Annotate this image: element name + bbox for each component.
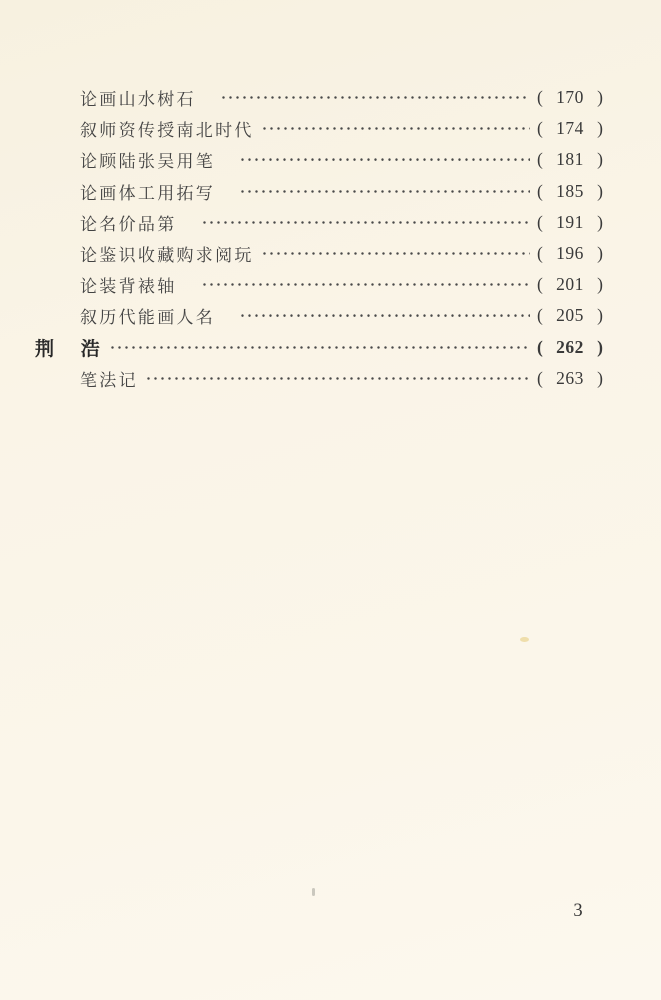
toc-entry-title: 论画体工用拓写 — [80, 179, 215, 204]
toc-entry-page: (170) — [537, 87, 603, 108]
toc-entry-page: (174) — [537, 118, 603, 139]
page-number-value: 205 — [556, 305, 584, 326]
scanned-book-page: { "page": { "folio": "3", "background_co… — [0, 0, 661, 1000]
open-paren: ( — [537, 87, 543, 108]
page-number-value: 263 — [556, 368, 584, 389]
scan-artifact — [312, 888, 315, 896]
open-paren: ( — [537, 274, 543, 295]
page-number: 3 — [566, 901, 590, 922]
toc-list: 论画山水树石 (170) 叙师资传授南北时代 (174) 论顾陆张吴用笔 (18… — [35, 82, 603, 394]
open-paren: ( — [537, 181, 543, 202]
dot-leader — [201, 269, 531, 300]
toc-entry-page: (181) — [537, 149, 603, 170]
open-paren: ( — [537, 149, 543, 170]
toc-entry-page: (191) — [537, 212, 603, 233]
close-paren: ) — [597, 305, 603, 326]
open-paren: ( — [537, 212, 543, 233]
scan-artifact — [520, 637, 529, 642]
toc-entry-title: 论顾陆张吴用笔 — [80, 147, 215, 172]
toc-entry-title: 论装背裱轴 — [80, 272, 177, 297]
toc-entry-title: 荆 浩 — [35, 334, 102, 361]
toc-entry: 笔法记 (263) — [35, 363, 603, 394]
toc-entry-page: (185) — [537, 181, 603, 202]
toc-entry: 论装背裱轴 (201) — [35, 269, 603, 300]
toc-entry-page: (201) — [537, 274, 603, 295]
open-paren: ( — [537, 305, 543, 326]
page-number-value: 262 — [556, 337, 584, 358]
close-paren: ) — [597, 337, 603, 358]
toc-entry-page: (262) — [537, 337, 603, 358]
dot-leader — [145, 363, 530, 394]
toc-entry-page: (205) — [537, 305, 603, 326]
dot-leader — [109, 332, 530, 363]
toc-entry-title: 笔法记 — [80, 366, 138, 391]
toc-entry-title: 论名价品第 — [80, 210, 177, 235]
close-paren: ) — [597, 87, 603, 108]
page-number-value: 174 — [556, 118, 584, 139]
dot-leader — [239, 300, 530, 331]
dot-leader — [239, 176, 530, 207]
dot-leader — [201, 207, 531, 238]
toc-page: 论画山水树石 (170) 叙师资传授南北时代 (174) 论顾陆张吴用笔 (18… — [0, 0, 661, 1000]
toc-entry: 论名价品第 (191) — [35, 207, 603, 238]
toc-entry: 叙历代能画人名 (205) — [35, 300, 603, 331]
close-paren: ) — [597, 243, 603, 264]
page-number-value: 196 — [556, 243, 584, 264]
close-paren: ) — [597, 368, 603, 389]
toc-entry: 论顾陆张吴用笔 (181) — [35, 144, 603, 175]
toc-entry: 论画体工用拓写 (185) — [35, 176, 603, 207]
open-paren: ( — [537, 337, 543, 358]
open-paren: ( — [537, 368, 543, 389]
page-number-value: 170 — [556, 87, 584, 108]
page-number-value: 201 — [556, 274, 584, 295]
toc-entry-title: 论鉴识收藏购求阅玩 — [80, 241, 254, 266]
toc-entry: 论鉴识收藏购求阅玩 (196) — [35, 238, 603, 269]
dot-leader — [261, 238, 530, 269]
page-number-value: 191 — [556, 212, 584, 233]
close-paren: ) — [597, 149, 603, 170]
close-paren: ) — [597, 118, 603, 139]
page-number-value: 185 — [556, 181, 584, 202]
open-paren: ( — [537, 243, 543, 264]
toc-entry: 叙师资传授南北时代 (174) — [35, 113, 603, 144]
open-paren: ( — [537, 118, 543, 139]
close-paren: ) — [597, 274, 603, 295]
toc-entry-title: 叙师资传授南北时代 — [80, 116, 254, 141]
dot-leader — [261, 113, 530, 144]
toc-entry-page: (263) — [537, 368, 603, 389]
dot-leader — [220, 82, 530, 113]
toc-entry-title: 论画山水树石 — [80, 85, 196, 110]
page-number-value: 181 — [556, 149, 584, 170]
close-paren: ) — [597, 181, 603, 202]
dot-leader — [239, 144, 530, 175]
toc-entry-page: (196) — [537, 243, 603, 264]
toc-entry-author: 荆 浩 (262) — [35, 332, 603, 363]
toc-entry-title: 叙历代能画人名 — [80, 303, 215, 328]
toc-entry: 论画山水树石 (170) — [35, 82, 603, 113]
close-paren: ) — [597, 212, 603, 233]
